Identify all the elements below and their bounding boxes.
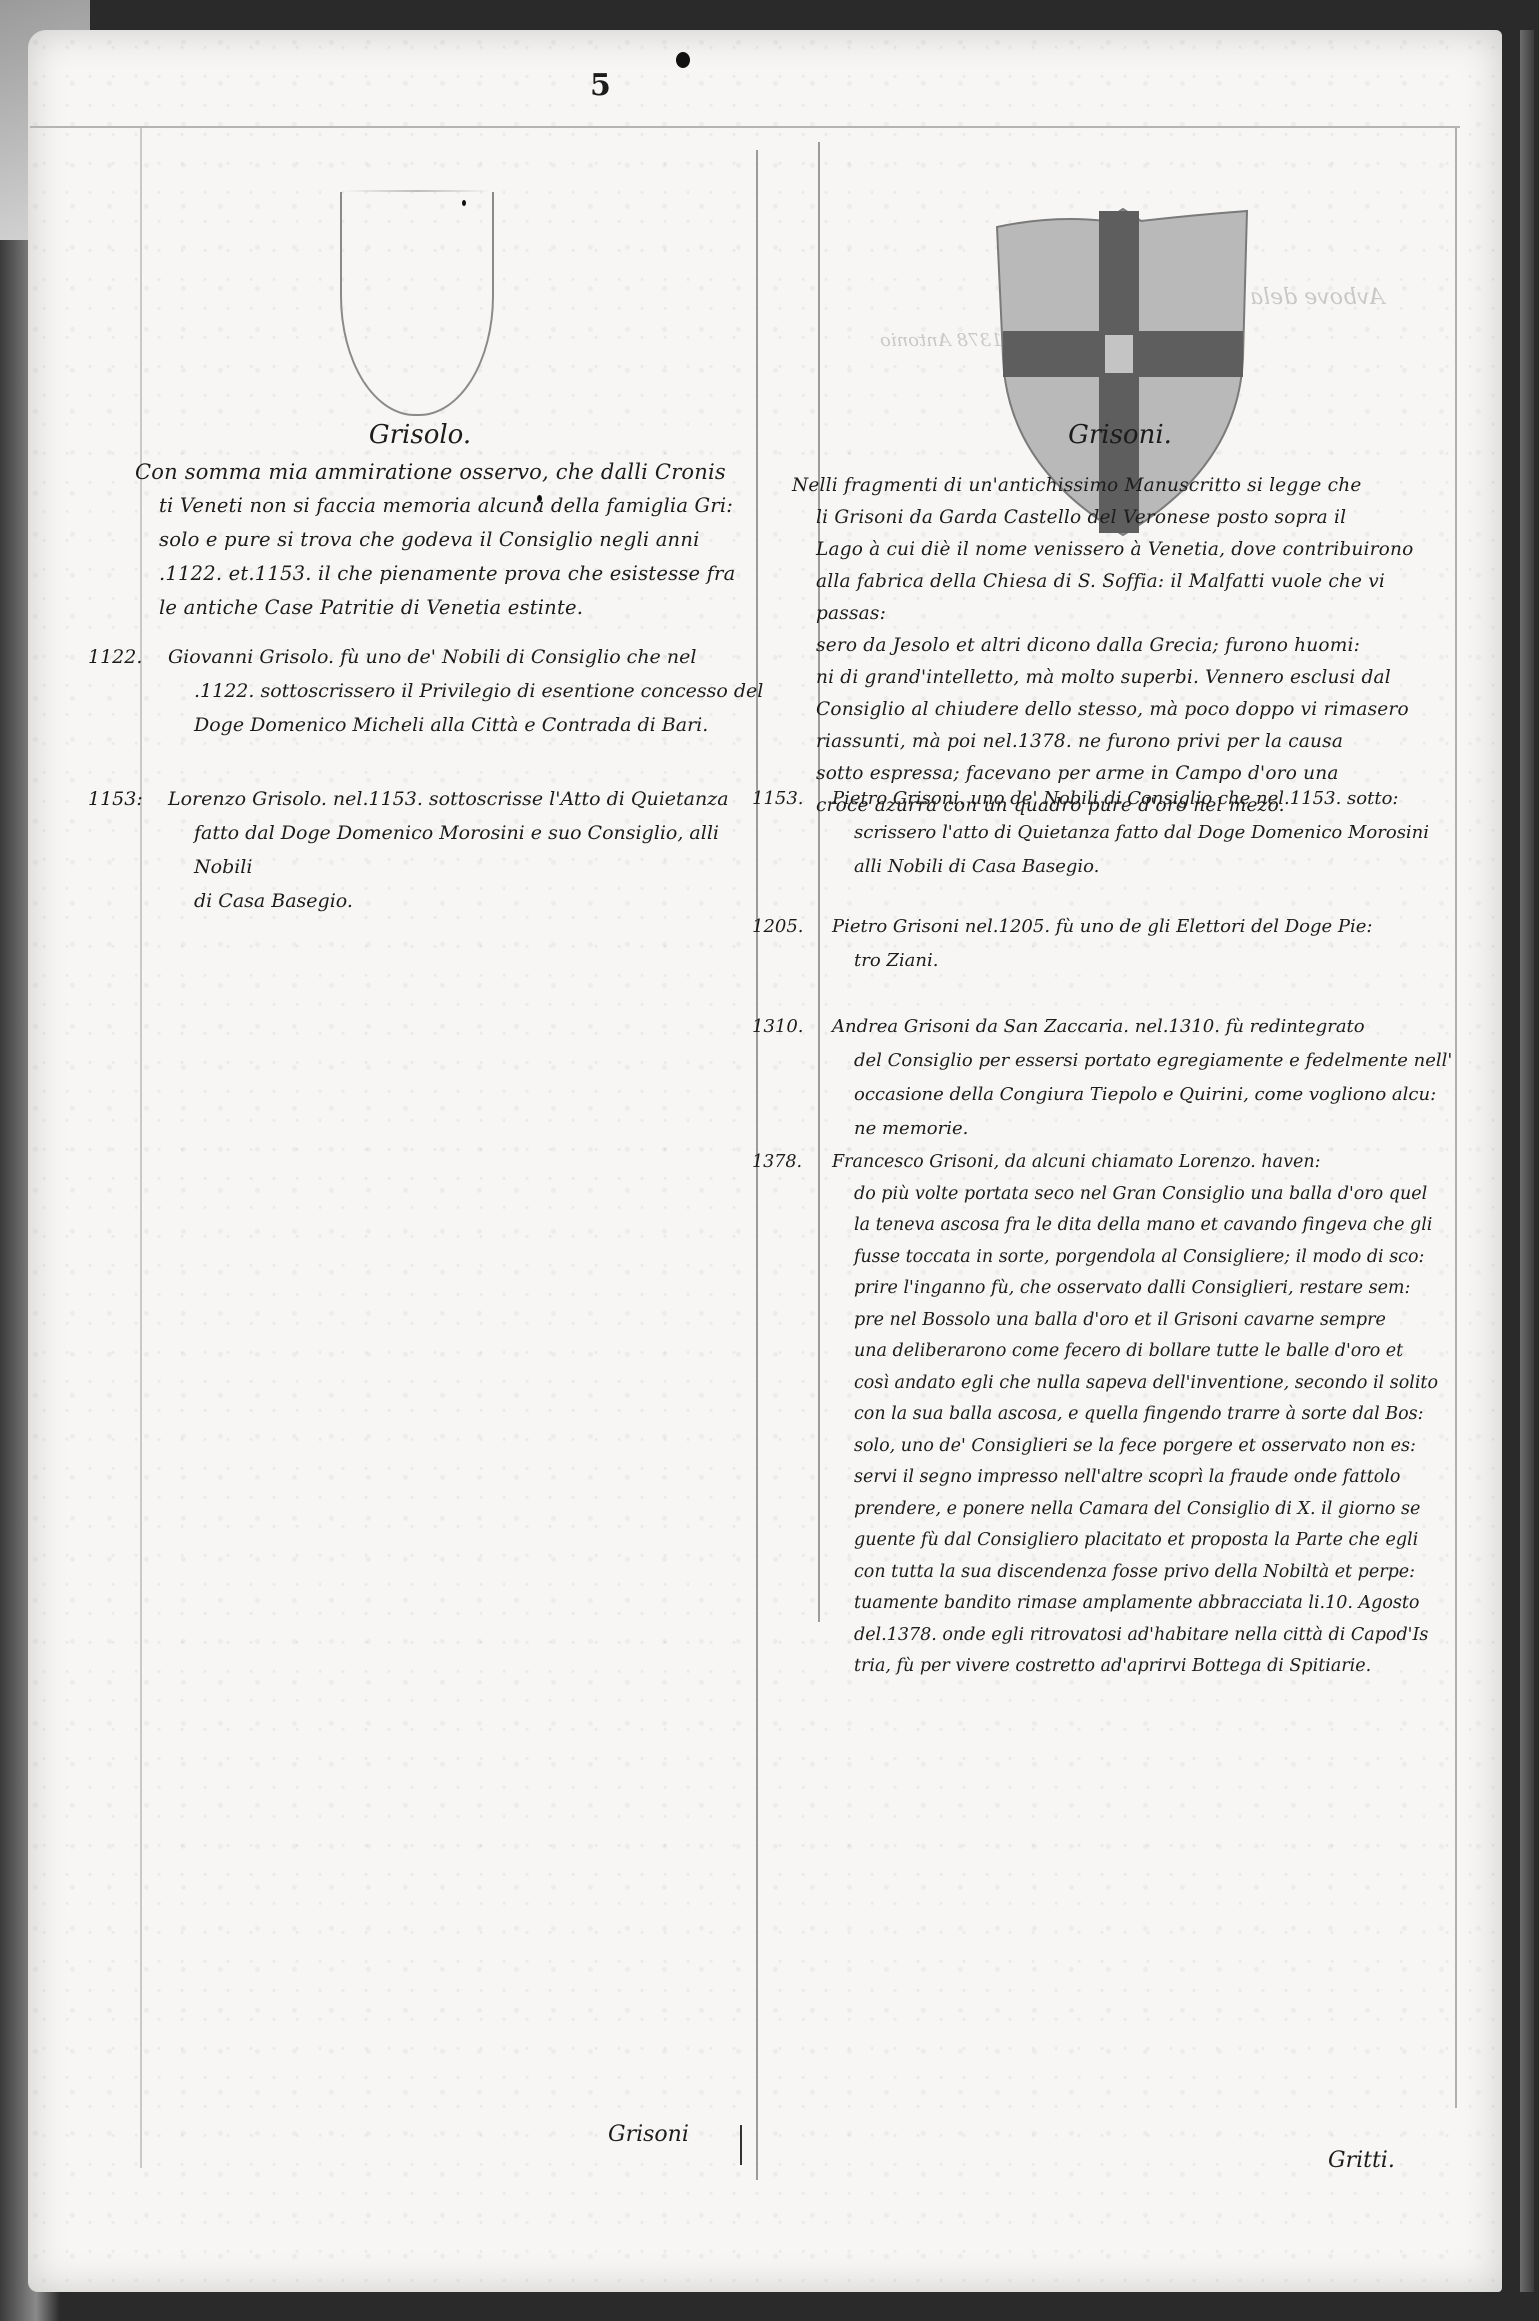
right-intro-paragraph: Nelli fragmenti di un'antichissimo Manus… xyxy=(792,470,1452,822)
text-line: le antiche Case Patritie di Venetia esti… xyxy=(135,591,775,625)
catchword-right: Gritti. xyxy=(1328,2148,1395,2173)
left-entry-1153: 1153: Lorenzo Grisolo. nel.1153. sottosc… xyxy=(88,782,768,918)
text-line: la teneva ascosa fra le dita della mano … xyxy=(832,1210,1462,1242)
bleed-through-text: 1378 Antonio xyxy=(880,330,1002,351)
text-line: Giovanni Grisolo. fù uno de' Nobili di C… xyxy=(168,640,768,674)
text-line: tria, fù per vivere costretto ad'aprirvi… xyxy=(832,1651,1462,1683)
text-line: Con somma mia ammiratione osservo, che d… xyxy=(135,455,775,489)
entry-year: 1153. xyxy=(752,782,824,816)
ink-blot xyxy=(676,52,690,68)
text-line: ni di grand'intelletto, mà molto superbi… xyxy=(792,662,1452,694)
text-line: Nelli fragmenti di un'antichissimo Manus… xyxy=(792,470,1452,502)
text-line: Lago à cui diè il nome venissero à Venet… xyxy=(792,534,1452,566)
text-line: Pietro Grisoni nel.1205. fù uno de gli E… xyxy=(832,910,1462,944)
right-entry-1153: 1153. Pietro Grisoni. uno de' Nobili di … xyxy=(752,782,1462,884)
text-line: fusse toccata in sorte, porgendola al Co… xyxy=(832,1242,1462,1274)
entry-year: 1378. xyxy=(752,1147,824,1179)
text-line: servi il segno impresso nell'altre scopr… xyxy=(832,1462,1462,1494)
left-intro-paragraph: Con somma mia ammiratione osservo, che d… xyxy=(135,455,775,625)
left-entry-1122: 1122. Giovanni Grisolo. fù uno de' Nobil… xyxy=(88,640,768,742)
right-entry-1205: 1205. Pietro Grisoni nel.1205. fù uno de… xyxy=(752,910,1462,978)
text-line: .1122. et.1153. il che pienamente prova … xyxy=(135,557,775,591)
text-line: prendere, e ponere nella Camara del Cons… xyxy=(832,1494,1462,1526)
text-line: do più volte portata seco nel Gran Consi… xyxy=(832,1179,1462,1211)
text-line: ti Veneti non si faccia memoria alcuna d… xyxy=(135,489,775,523)
page-right-edge xyxy=(1520,30,1534,2292)
text-line: del Consiglio per essersi portato egregi… xyxy=(832,1044,1462,1078)
text-line: sero da Jesolo et altri dicono dalla Gre… xyxy=(792,630,1452,662)
text-line: del.1378. onde egli ritrovatosi ad'habit… xyxy=(832,1620,1462,1652)
text-line: di Casa Basegio. xyxy=(168,884,768,918)
top-ruling-line xyxy=(30,126,1460,128)
right-entry-1310: 1310. Andrea Grisoni da San Zaccaria. ne… xyxy=(752,1010,1462,1146)
text-line: Andrea Grisoni da San Zaccaria. nel.1310… xyxy=(832,1010,1462,1044)
text-line: una deliberarono come fecero di bollare … xyxy=(832,1336,1462,1368)
text-line: ne memorie. xyxy=(832,1112,1462,1146)
entry-year: 1153: xyxy=(88,782,160,816)
text-line: scrissero l'atto di Quietanza fatto dal … xyxy=(832,816,1462,850)
left-family-name: Grisolo. xyxy=(330,420,510,450)
text-line: li Grisoni da Garda Castello del Verones… xyxy=(792,502,1452,534)
empty-shield-icon xyxy=(340,192,494,416)
folio-mark: 5 xyxy=(590,68,611,103)
text-line: tuamente bandito rimase amplamente abbra… xyxy=(832,1588,1462,1620)
text-line: Doge Domenico Micheli alla Città e Contr… xyxy=(168,708,768,742)
text-line: Lorenzo Grisolo. nel.1153. sottoscrisse … xyxy=(168,782,768,816)
text-line: riassunti, mà poi nel.1378. ne furono pr… xyxy=(792,726,1452,758)
right-entry-1378: 1378. Francesco Grisoni, da alcuni chiam… xyxy=(752,1147,1462,1683)
text-line: fatto dal Doge Domenico Morosini e suo C… xyxy=(168,816,768,884)
text-line: Francesco Grisoni, da alcuni chiamato Lo… xyxy=(832,1147,1462,1179)
text-line: tro Ziani. xyxy=(832,944,1462,978)
entry-year: 1205. xyxy=(752,910,824,944)
bleed-through-text: Avbove dela xyxy=(1250,285,1384,310)
text-line: solo, uno de' Consiglieri se la fece por… xyxy=(832,1431,1462,1463)
text-line: alli Nobili di Casa Basegio. xyxy=(832,850,1462,884)
catchword-separator xyxy=(740,2125,742,2165)
right-family-name: Grisoni. xyxy=(1020,420,1220,450)
text-line: solo e pure si trova che godeva il Consi… xyxy=(135,523,775,557)
entry-year: 1122. xyxy=(88,640,160,674)
text-line: Consiglio al chiudere dello stesso, mà p… xyxy=(792,694,1452,726)
text-line: pre nel Bossolo una balla d'oro et il Gr… xyxy=(832,1305,1462,1337)
text-line: con la sua balla ascosa, e quella fingen… xyxy=(832,1399,1462,1431)
text-line: .1122. sottoscrissero il Privilegio di e… xyxy=(168,674,768,708)
text-line: prire l'inganno fù, che osservato dalli … xyxy=(832,1273,1462,1305)
catchword-left: Grisoni xyxy=(608,2122,689,2147)
entry-year: 1310. xyxy=(752,1010,824,1044)
text-line: guente fù dal Consigliero placitato et p… xyxy=(832,1525,1462,1557)
text-line: così andato egli che nulla sapeva dell'i… xyxy=(832,1368,1462,1400)
text-line: occasione della Congiura Tiepolo e Quiri… xyxy=(832,1078,1462,1112)
text-line: alla fabrica della Chiesa di S. Soffia: … xyxy=(792,566,1452,630)
text-line: con tutta la sua discendenza fosse privo… xyxy=(832,1557,1462,1589)
text-line: Pietro Grisoni. uno de' Nobili di Consig… xyxy=(832,782,1462,816)
left-margin-line xyxy=(140,128,142,2168)
